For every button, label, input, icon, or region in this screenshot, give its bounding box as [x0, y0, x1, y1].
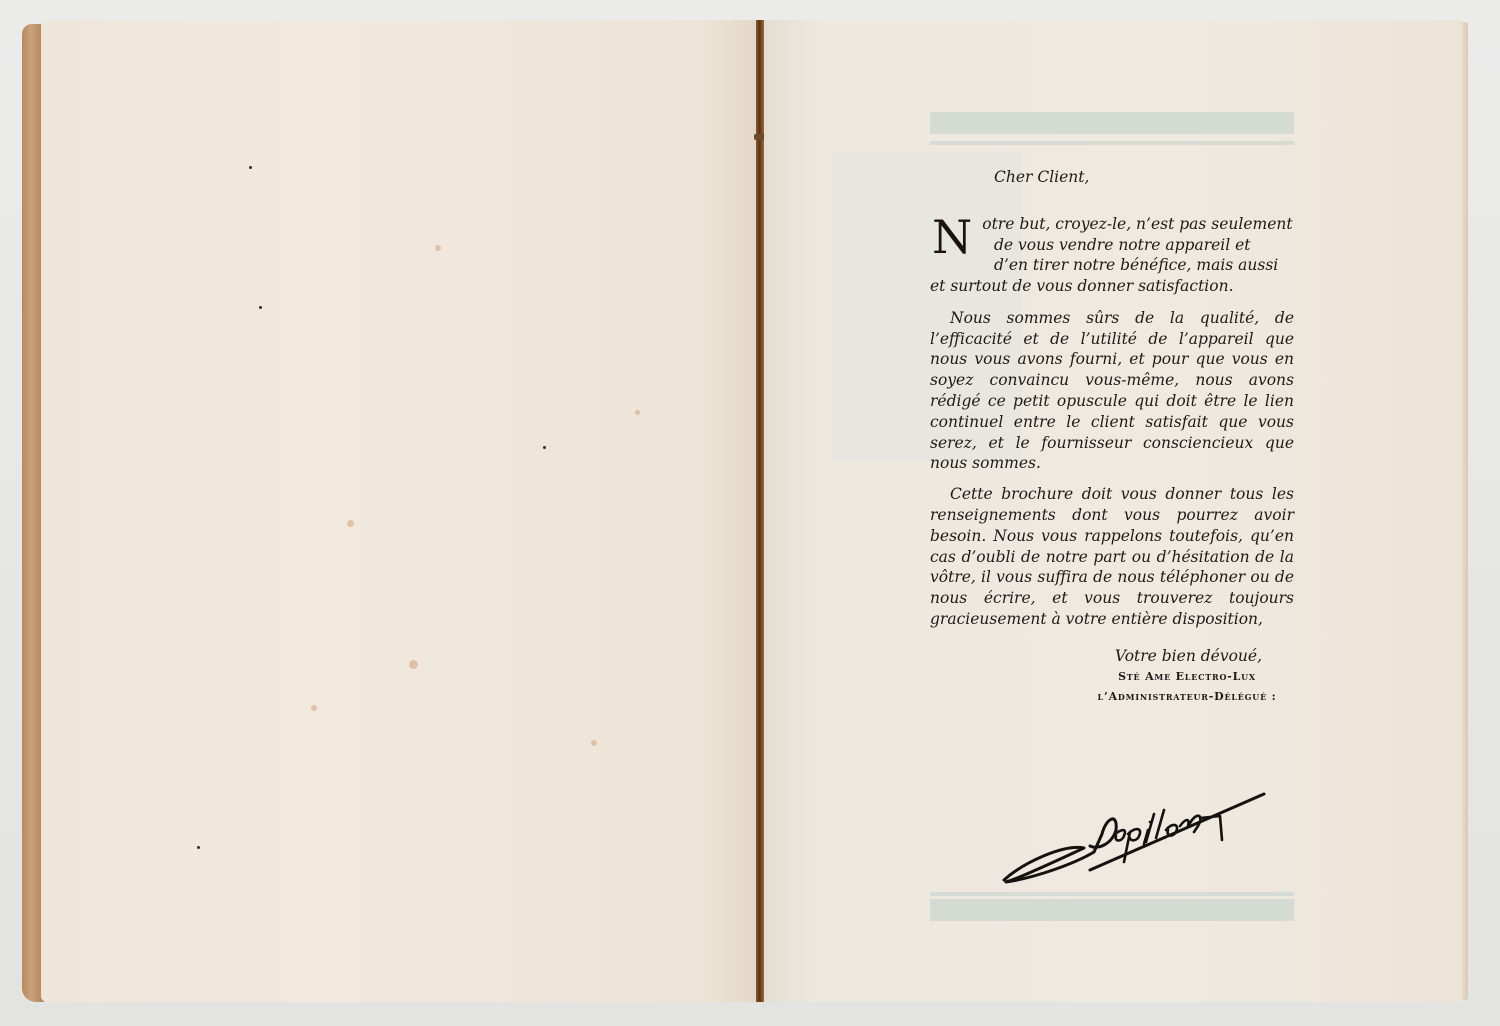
spine-gutter — [756, 20, 764, 1002]
foxing-spot — [347, 520, 354, 527]
open-brochure: Cher Client, N otre but, croyez-le, n’es… — [22, 16, 1477, 1010]
left-page-blank — [41, 20, 757, 1002]
letter-text: Cher Client, N otre but, croyez-le, n’es… — [930, 167, 1294, 707]
right-page: Cher Client, N otre but, croyez-le, n’es… — [764, 20, 1464, 1002]
company-line: Sté Ame Electro-Lux — [1080, 667, 1294, 687]
salutation: Cher Client, — [994, 167, 1294, 188]
drop-cap: N — [930, 217, 974, 257]
paragraph-1: N otre but, croyez-le, n’est pas seuleme… — [930, 214, 1294, 298]
foxing-spot — [635, 410, 640, 415]
decorative-band-top — [930, 112, 1294, 134]
paragraph-2: Nous sommes sûrs de la qualité, de l’eff… — [930, 308, 1294, 474]
paragraph-1-line-4: et surtout de vous donner satisfaction. — [930, 276, 1294, 297]
foxing-spot — [311, 705, 317, 711]
printed-panel: Cher Client, N otre but, croyez-le, n’es… — [832, 112, 1294, 940]
foxing-spot — [409, 660, 418, 669]
title-line: l’Administrateur-Délégué : — [1080, 687, 1294, 707]
foxing-spot — [591, 740, 597, 746]
signature: Papillon — [994, 772, 1284, 902]
paragraph-3: Cette brochure doit vous donner tous les… — [930, 484, 1294, 630]
closing: Votre bien dévoué, — [930, 646, 1262, 667]
speck — [249, 166, 252, 169]
paragraph-1-line-3: d’en tirer notre bénéfice, mais aussi — [930, 255, 1294, 276]
speck — [259, 306, 262, 309]
speck — [543, 446, 546, 449]
paragraph-1-line-1: otre but, croyez-le, n’est pas seulement — [982, 215, 1292, 233]
speck — [197, 846, 200, 849]
decorative-rule-bottom — [930, 892, 1294, 896]
decorative-rule-top — [930, 141, 1294, 145]
page-fore-edge — [1462, 22, 1468, 1000]
decorative-band-bottom — [930, 899, 1294, 921]
paragraph-1-line-2: de vous vendre notre appareil et — [930, 235, 1294, 256]
foxing-spot — [435, 245, 441, 251]
